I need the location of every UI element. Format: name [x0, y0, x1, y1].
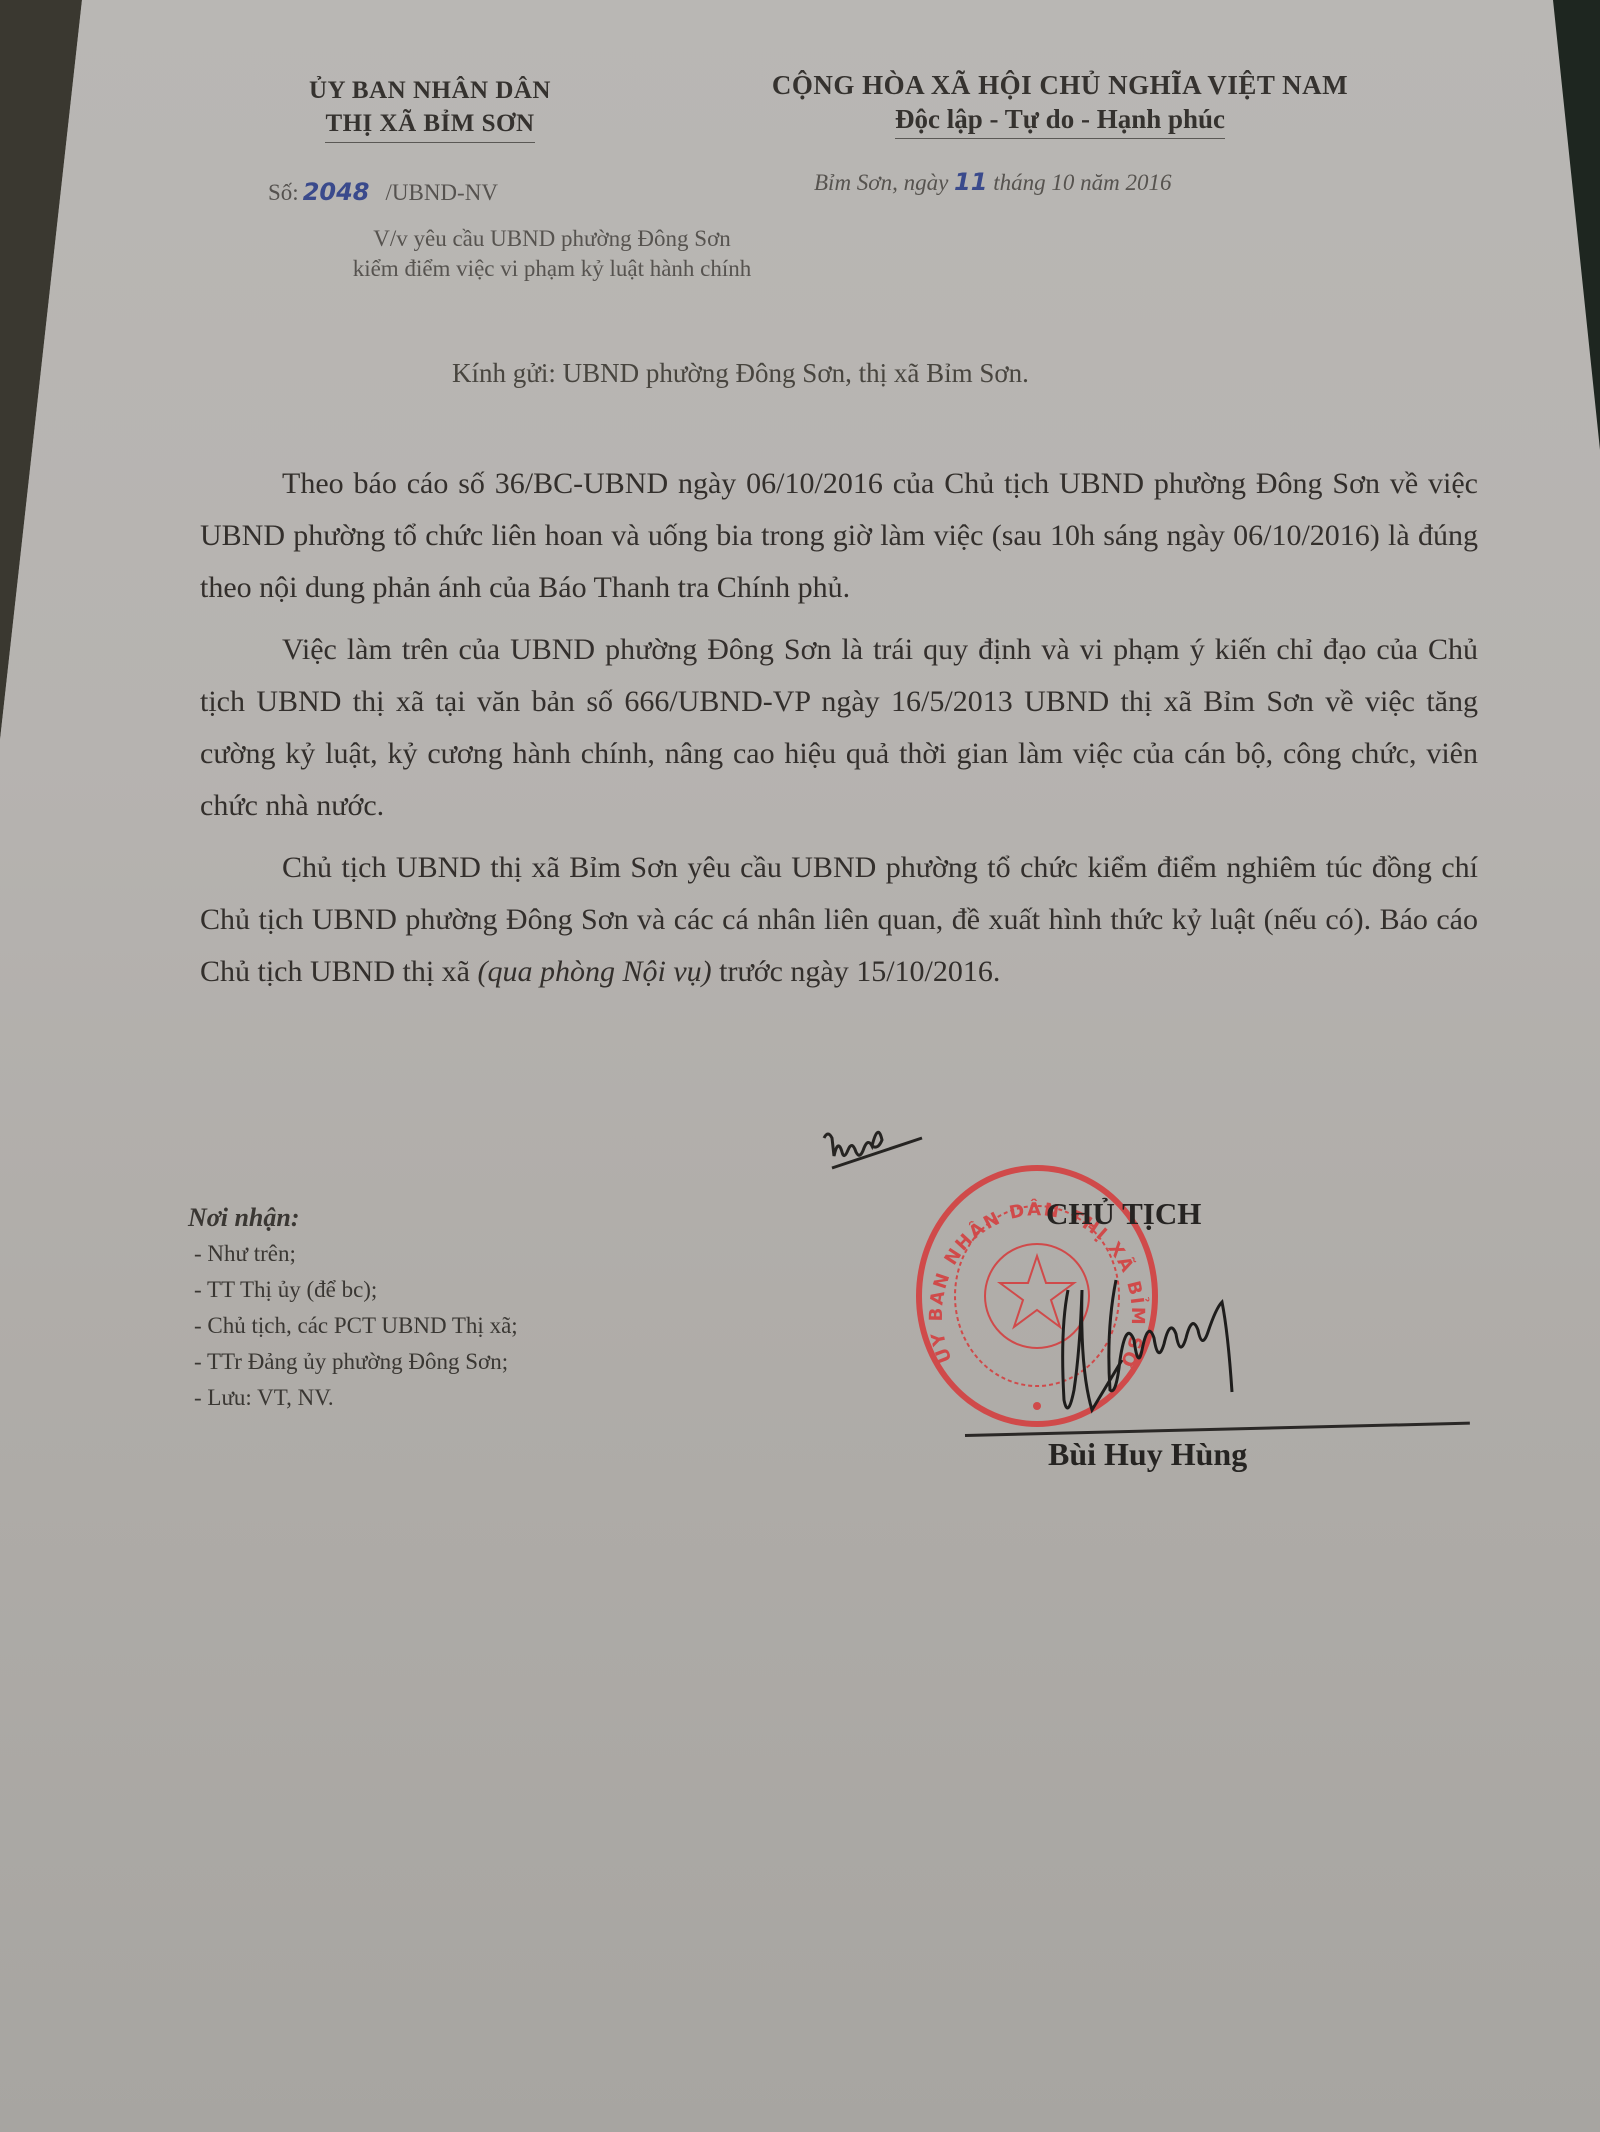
place-date-day: 11 — [954, 168, 987, 196]
issuer-line2: THỊ XÃ BỈM SƠN — [325, 107, 534, 143]
subject: V/v yêu cầu UBND phường Đông Sơn kiểm đi… — [262, 224, 842, 284]
paragraph-3-end: trước ngày 15/10/2016. — [719, 955, 1000, 988]
place-date-before: Bỉm Sơn, ngày — [814, 170, 948, 195]
issuer-line1: ỦY BAN NHÂN DÂN — [250, 74, 610, 107]
body-text: Theo báo cáo số 36/BC-UBND ngày 06/10/20… — [200, 458, 1478, 1008]
paragraph-1: Theo báo cáo số 36/BC-UBND ngày 06/10/20… — [200, 458, 1478, 614]
issuer-header: ỦY BAN NHÂN DÂN THỊ XÃ BỈM SƠN — [250, 74, 610, 143]
paragraph-2: Việc làm trên của UBND phường Đông Sơn l… — [200, 624, 1478, 832]
initial-mark — [818, 1116, 928, 1172]
signer-title: CHỦ TỊCH — [1046, 1196, 1201, 1232]
paper-sheet — [0, 0, 1600, 2132]
recipient-item: - TTr Đảng ủy phường Đông Sơn; — [188, 1344, 518, 1380]
place-date: Bỉm Sơn, ngày 11 tháng 10 năm 2016 — [814, 168, 1171, 196]
handwritten-signature — [1050, 1270, 1330, 1430]
recipient-item: - Chủ tịch, các PCT UBND Thị xã; — [188, 1308, 518, 1344]
signer-name: Bùi Huy Hùng — [1048, 1436, 1247, 1473]
recipient-item: - Lưu: VT, NV. — [188, 1380, 518, 1416]
recipient-item: - Như trên; — [188, 1236, 518, 1272]
paragraph-3-italic: (qua phòng Nội vụ) — [478, 955, 712, 988]
doc-number-suffix: /UBND-NV — [385, 180, 497, 205]
national-header: CỘNG HÒA XÃ HỘI CHỦ NGHĨA VIỆT NAM Độc l… — [720, 68, 1400, 139]
recipient-item: - TT Thị ủy (để bc); — [188, 1272, 518, 1308]
doc-number-handwritten: 2048 — [303, 178, 370, 206]
doc-number-prefix: Số: — [268, 180, 299, 205]
recipients-title: Nơi nhận: — [188, 1200, 518, 1236]
national-motto: Độc lập - Tự do - Hạnh phúc — [895, 102, 1225, 139]
recipients-list: Nơi nhận: - Như trên; - TT Thị ủy (để bc… — [188, 1200, 518, 1416]
recipient-line: Kính gửi: UBND phường Đông Sơn, thị xã B… — [452, 358, 1029, 389]
place-date-after: tháng 10 năm 2016 — [993, 170, 1171, 195]
document-number: Số:2048/UBND-NV — [268, 178, 498, 206]
subject-line1: V/v yêu cầu UBND phường Đông Sơn — [262, 224, 842, 254]
country-name: CỘNG HÒA XÃ HỘI CHỦ NGHĨA VIỆT NAM — [720, 68, 1400, 102]
subject-line2: kiểm điểm việc vi phạm kỷ luật hành chín… — [262, 254, 842, 284]
paragraph-3: Chủ tịch UBND thị xã Bỉm Sơn yêu cầu UBN… — [200, 842, 1478, 998]
